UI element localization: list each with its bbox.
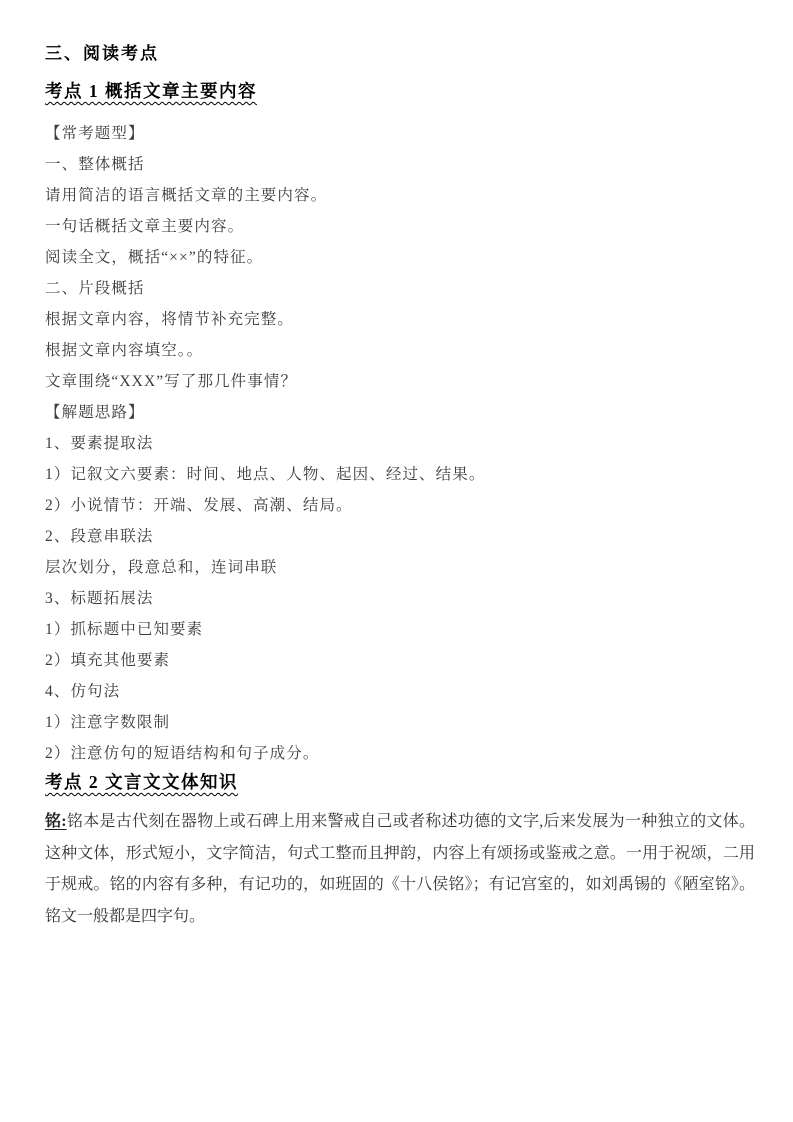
body-line: 根据文章内容，将情节补充完整。 — [45, 304, 755, 335]
body-line: 阅读全文，概括“××”的特征。 — [45, 242, 755, 273]
body-lines: 【常考题型】 一、整体概括 请用简洁的语言概括文章的主要内容。 一句话概括文章主… — [45, 118, 755, 769]
body-line: 2、段意串联法 — [45, 521, 755, 552]
body-line: 1）记叙文六要素：时间、地点、人物、起因、经过、结果。 — [45, 459, 755, 490]
body-line: 根据文章内容填空。。 — [45, 335, 755, 366]
kaodian1-heading: 考点 1 概括文章主要内容 — [45, 79, 755, 104]
kaodian2-heading: 考点 2 文言文文体知识 — [45, 770, 755, 795]
section-heading: 三、阅读考点 — [45, 42, 755, 66]
body-line: 2）注意仿句的短语结构和句子成分。 — [45, 738, 755, 769]
body-line: 1）注意字数限制 — [45, 707, 755, 738]
body-line: 二、片段概括 — [45, 273, 755, 304]
body-line: 2）小说情节：开端、发展、高潮、结局。 — [45, 490, 755, 521]
body-line: 层次划分，段意总和，连词串联 — [45, 552, 755, 583]
body-line: 文章围绕“XXX”写了那几件事情？ — [45, 366, 755, 397]
body-line: 3、标题拓展法 — [45, 583, 755, 614]
ming-paragraph: 铭:铭本是古代刻在器物上或石碑上用来警戒自己或者称述功德的文字,后来发展为一种独… — [45, 806, 755, 932]
body-line: 1、要素提取法 — [45, 428, 755, 459]
body-line: 一句话概括文章主要内容。 — [45, 211, 755, 242]
body-line: 4、仿句法 — [45, 676, 755, 707]
ming-term: 铭: — [45, 813, 67, 830]
document-page: 三、阅读考点 考点 1 概括文章主要内容 【常考题型】 一、整体概括 请用简洁的… — [0, 0, 793, 1122]
body-line: 【常考题型】 — [45, 118, 755, 149]
body-line: 请用简洁的语言概括文章的主要内容。 — [45, 180, 755, 211]
body-line: 一、整体概括 — [45, 149, 755, 180]
ming-definition: 铭本是古代刻在器物上或石碑上用来警戒自己或者称述功德的文字,后来发展为一种独立的… — [45, 813, 755, 925]
body-line: 【解题思路】 — [45, 397, 755, 428]
body-line: 1）抓标题中已知要素 — [45, 614, 755, 645]
body-line: 2）填充其他要素 — [45, 645, 755, 676]
